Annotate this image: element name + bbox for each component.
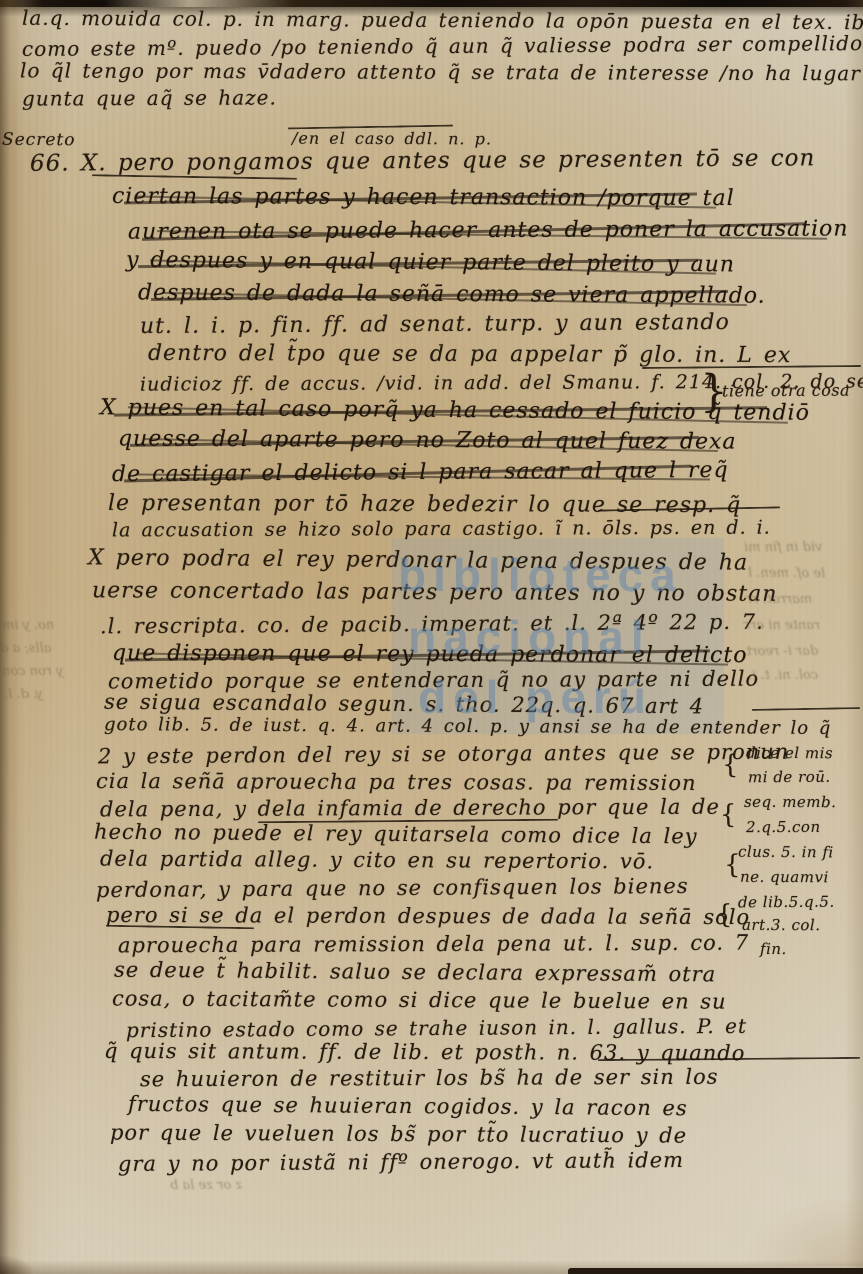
margin-note-brace: { <box>720 800 737 830</box>
manuscript-line: de castigar el delicto si l para sacar a… <box>112 458 729 487</box>
manuscript-line: ciertan las partes y hacen transaction /… <box>112 184 735 211</box>
manuscript-line: gra y no por iustã ni ffº onerogo. vt au… <box>118 1148 684 1176</box>
page-bottom-right-stain <box>663 1146 863 1266</box>
bleedthrough-mark: le of. men. l <box>748 566 825 582</box>
manuscript-line: y despues y en qual quier parte del plei… <box>126 248 735 278</box>
manuscript-line: pero si se da el perdon despues de dada … <box>106 903 750 929</box>
manuscript-line: q̃ quis sit antum. ff. de lib. et posth.… <box>104 1039 745 1065</box>
manuscript-line: se deue t̃ habilit. saluo se declara exp… <box>114 958 716 987</box>
header-line: gunta que aq̃ se haze. <box>22 85 277 110</box>
margin-note-line: 2.q.5.con <box>746 818 821 836</box>
watermark-text: biblioteca <box>398 548 683 602</box>
interline-heading: /en el caso ddl. n. p. <box>292 129 492 149</box>
manuscript-line: la accusation se hizo solo para castigo.… <box>112 517 771 542</box>
bleedthrough-mark: vid in fin mi <box>744 540 822 555</box>
bleedthrough-mark: col. ni. t. i. <box>748 668 818 683</box>
manuscript-line: 2 y este perdon del rey si se otorga ant… <box>98 740 789 769</box>
margin-note-line: seq. memb. <box>744 793 836 811</box>
margin-brace: } <box>700 366 728 417</box>
manuscript-line: despues de dada la señā como se viera ap… <box>138 280 766 308</box>
manuscript-line: ut. l. i. p. fin. ff. ad senat. turp. y … <box>140 310 730 339</box>
page-right-edge <box>845 0 863 1274</box>
margin-note-brace: { <box>724 850 741 880</box>
manuscript-line: aprouecha para remission dela pena ut. l… <box>118 931 749 958</box>
manuscript-line: perdonar, y para que no se confisquen lo… <box>96 874 689 902</box>
bleedthrough-mark: z or ze la b <box>170 1178 242 1193</box>
manuscript-line: le presentan por tō haze bedezir lo que … <box>108 491 741 518</box>
page-gutter-shadow <box>0 0 42 1274</box>
margin-note-line: ne. quamvi <box>740 868 829 886</box>
manuscript-line: cosa, o tacitam̃te como si dice que le b… <box>112 986 727 1013</box>
margin-note-line: mi de roū. <box>748 768 831 787</box>
bleedthrough-mark: dar i- reort <box>746 644 818 660</box>
manuscript-line: dentro del t̃po que se da pa appelar p̃ … <box>148 341 791 368</box>
bleedthrough-mark: no. y im <box>2 618 54 633</box>
page-bottom-dark-strip <box>568 1268 863 1274</box>
watermark-text: del perú <box>418 670 653 724</box>
manuscript-line: se huuieron de restituir los bs̃ ha de s… <box>140 1065 719 1092</box>
manuscript-line: aurenen ota se puede hacer antes de pone… <box>128 216 849 244</box>
margin-note-line: dice el mis <box>746 744 833 762</box>
page-bottom-left-corner <box>0 1248 46 1274</box>
margin-note-brace: { <box>716 900 733 930</box>
bleedthrough-mark: y ron con <box>2 664 64 679</box>
manuscript-line: quesse del aparte pero no Zoto al quel f… <box>118 426 737 454</box>
header-line: como este mº. puedo /po teniendo q̃ aun … <box>22 31 863 61</box>
margin-note-line: clus. 5. in fi <box>738 843 834 862</box>
header-line: lo q̃l tengo por mas v̄dadero attento q̃… <box>20 58 863 85</box>
manuscript-line: 66. X. pero pongamos que antes que se pr… <box>30 145 815 176</box>
ink-rule <box>752 707 860 711</box>
header-line: la.q. mouida col. p. in marg. pueda teni… <box>22 6 863 34</box>
bleedthrough-mark: y. d. l. <box>4 687 43 702</box>
margin-note-right: tiene otra cosa <box>722 381 850 401</box>
manuscript-line: dela partida alleg. y cito en su reperto… <box>100 847 654 874</box>
margin-note-line: fin. <box>760 940 787 958</box>
manuscript-page: la.q. mouida col. p. in marg. pueda teni… <box>0 0 863 1274</box>
margin-note-brace: { <box>722 750 739 780</box>
manuscript-line: dela pena, y dela infamia de derecho por… <box>100 795 720 822</box>
margin-note-line: de lib.5.q.5. <box>738 893 835 912</box>
manuscript-line: cia la señā aprouecha pa tres cosas. pa … <box>96 769 697 795</box>
manuscript-line: hecho no puede el rey quitarsela como di… <box>94 820 698 849</box>
margin-label-secreto: Secreto <box>2 130 76 150</box>
manuscript-line: pristino estado como se trahe iuson in. … <box>126 1014 747 1042</box>
manuscript-line: fructos que se huuieran cogidos. y la ra… <box>128 1092 688 1120</box>
manuscript-line: por que le vueluen los bs̃ por tt̃o lucr… <box>110 1120 687 1147</box>
watermark-text: nacional <box>408 610 651 664</box>
bleedthrough-mark: marrat. rr <box>746 592 812 607</box>
bleedthrough-mark: rante ni err <box>744 618 820 633</box>
margin-note-line: art.3. col. <box>742 916 821 934</box>
bleedthrough-mark: alls; a d <box>0 641 52 656</box>
